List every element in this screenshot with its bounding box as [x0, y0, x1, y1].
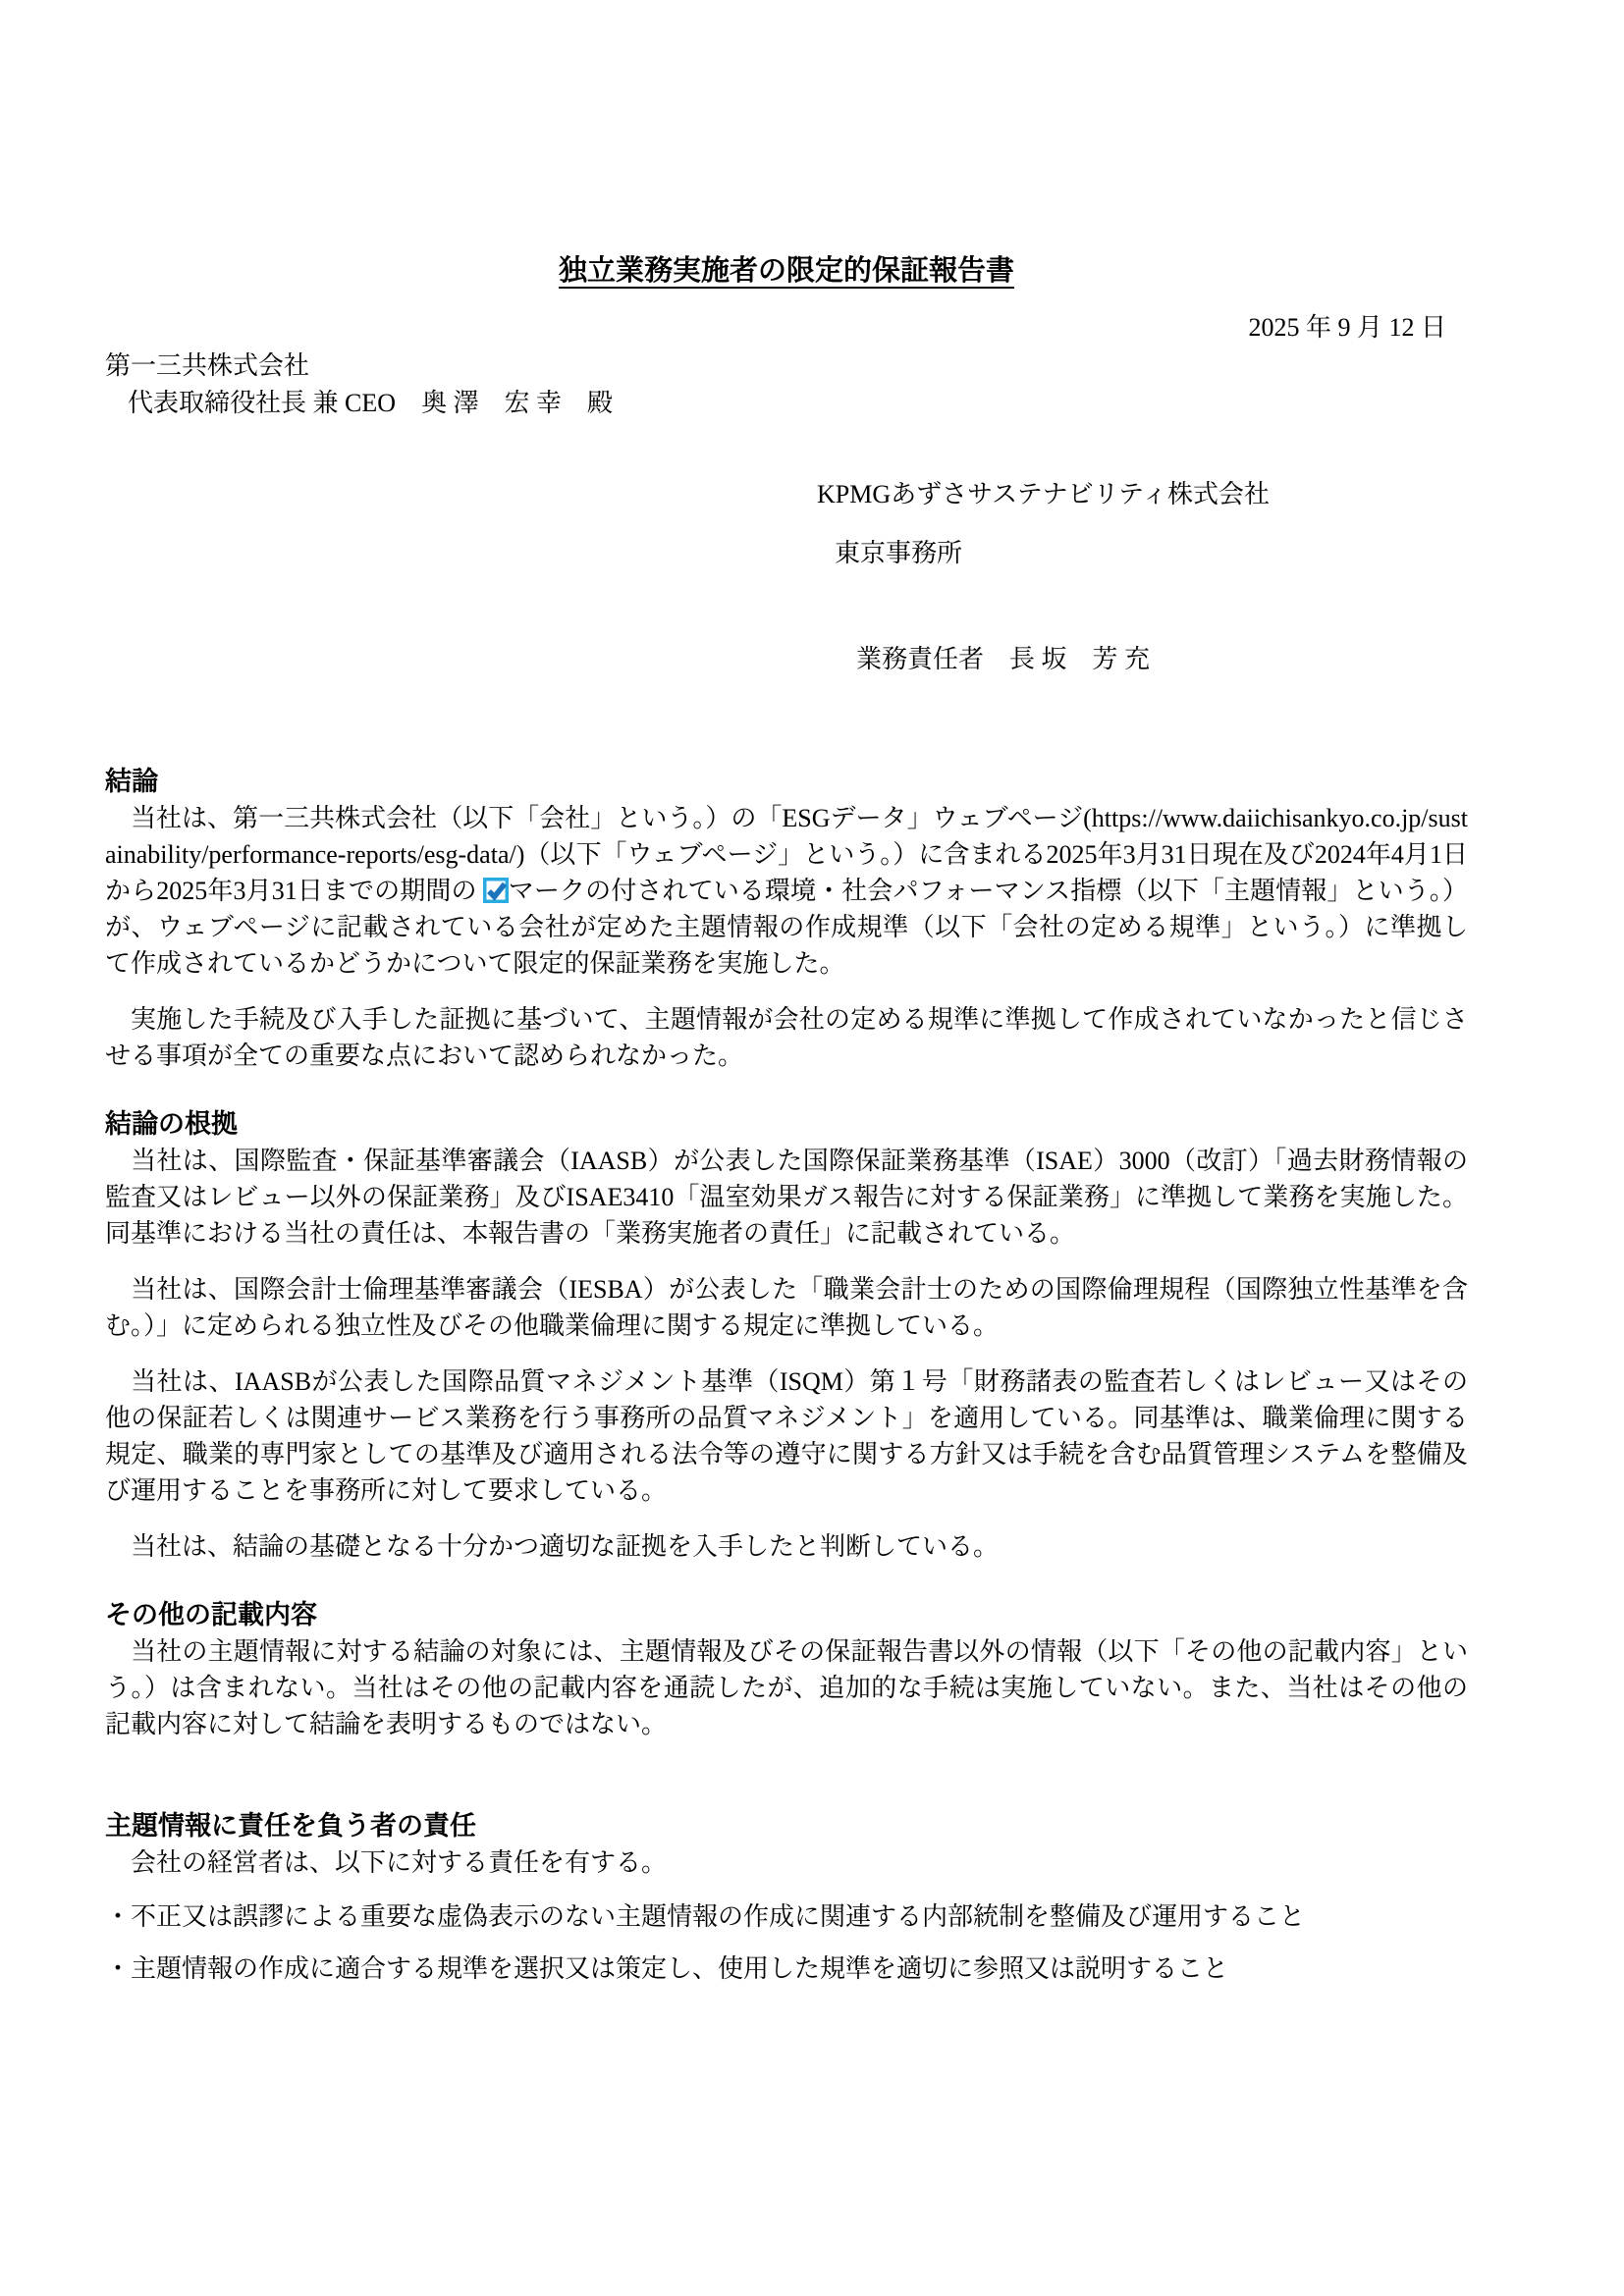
responsibility-bullet-1: ・不正又は誤謬による重要な虚偽表示のない主題情報の作成に関連する内部統制を整備及…: [105, 1898, 1468, 1935]
section-conclusion: 結論 当社は、第一三共株式会社（以下「会社」という。）の「ESGデータ」ウェブペ…: [105, 767, 1468, 1074]
conclusion-heading: 結論: [105, 767, 1468, 796]
responsibility-intro: 会社の経営者は、以下に対する責任を有する。: [105, 1844, 1468, 1881]
assurer-block: KPMGあずさサステナビリティ株式会社 東京事務所 業務責任者 長 坂 芳 充: [817, 476, 1468, 678]
addressee-block: 第一三共株式会社 代表取締役社長 兼 CEO 奥 澤 宏 幸 殿: [105, 347, 1468, 422]
basis-paragraph-4: 当社は、結論の基礎となる十分かつ適切な証拠を入手したと判断している。: [105, 1528, 1468, 1565]
basis-paragraph-2: 当社は、国際会計士倫理基準審議会（IESBA）が公表した「職業会計士のための国際…: [105, 1271, 1468, 1344]
assurer-engagement-leader: 業務責任者 長 坂 芳 充: [856, 641, 1468, 678]
addressee-company: 第一三共株式会社: [105, 347, 1468, 385]
section-other-information: その他の記載内容 当社の主題情報に対する結論の対象には、主題情報及びその保証報告…: [105, 1600, 1468, 1742]
document-date: 2025 年 9 月 12 日: [105, 310, 1468, 346]
conclusion-paragraph-1: 当社は、第一三共株式会社（以下「会社」という。）の「ESGデータ」ウェブページ(…: [105, 800, 1468, 982]
other-information-paragraph: 当社の主題情報に対する結論の対象には、主題情報及びその保証報告書以外の情報（以下…: [105, 1633, 1468, 1742]
assurance-report-page: 独立業務実施者の限定的保証報告書 2025 年 9 月 12 日 第一三共株式会…: [0, 0, 1624, 2296]
basis-heading: 結論の根拠: [105, 1109, 1468, 1139]
section-basis-for-conclusion: 結論の根拠 当社は、国際監査・保証基準審議会（IAASB）が公表した国際保証業務…: [105, 1109, 1468, 1565]
responsibility-heading: 主題情報に責任を負う者の責任: [105, 1811, 1468, 1841]
basis-paragraph-3: 当社は、IAASBが公表した国際品質マネジメント基準（ISQM）第１号「財務諸表…: [105, 1363, 1468, 1509]
section-responsibility: 主題情報に責任を負う者の責任 会社の経営者は、以下に対する責任を有する。 ・不正…: [105, 1811, 1468, 1987]
other-information-heading: その他の記載内容: [105, 1600, 1468, 1629]
basis-paragraph-1: 当社は、国際監査・保証基準審議会（IAASB）が公表した国際保証業務基準（ISA…: [105, 1143, 1468, 1252]
assurer-company: KPMGあずさサステナビリティ株式会社: [817, 476, 1468, 513]
document-title-text: 独立業務実施者の限定的保証報告書: [559, 255, 1014, 287]
conclusion-paragraph-2: 実施した手続及び入手した証拠に基づいて、主題情報が会社の定める規準に準拠して作成…: [105, 1001, 1468, 1074]
responsibility-bullet-2: ・主題情報の作成に適合する規準を選択又は策定し、使用した規準を適切に参照又は説明…: [105, 1950, 1468, 1987]
assurer-office: 東京事務所: [835, 535, 1468, 572]
document-title: 独立業務実施者の限定的保証報告書: [105, 253, 1468, 289]
blue-check-mark-icon: [483, 878, 509, 903]
addressee-representative: 代表取締役社長 兼 CEO 奥 澤 宏 幸 殿: [128, 385, 1468, 422]
